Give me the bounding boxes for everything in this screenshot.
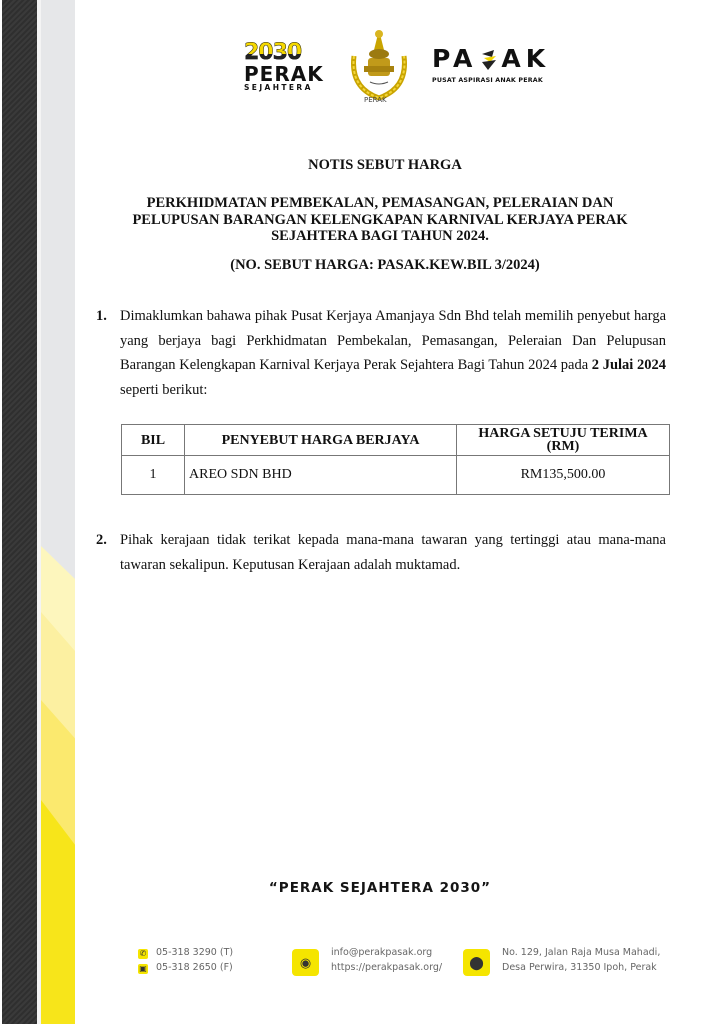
- paragraph-1: 1. Dimaklumkan bahawa pihak Pusat Kerjay…: [96, 304, 666, 402]
- header-logos: 2030 PERAK SEJAHTERA PERAK PAAK PUSAT AS…: [240, 26, 560, 106]
- paragraph-number: 1.: [96, 304, 107, 329]
- results-table: BIL PENYEBUT HARGA BERJAYA HARGA SETUJU …: [121, 424, 670, 495]
- crest-label: PERAK: [364, 96, 387, 104]
- subject-line: PERKHIDMATAN PEMBEKALAN, PEMASANGAN, PEL…: [100, 195, 660, 212]
- paragraph-text-after: seperti berikut:: [120, 382, 207, 398]
- table-header-row: BIL PENYEBUT HARGA BERJAYA HARGA SETUJU …: [122, 425, 670, 456]
- side-stripe-dark: [2, 0, 37, 1024]
- pasak-mark-icon: [480, 48, 498, 70]
- cell-price: RM135,500.00: [457, 456, 670, 495]
- globe-icon: ◉: [292, 949, 319, 976]
- paragraph-text-main: Dimaklumkan bahawa pihak Pusat Kerjaya A…: [120, 308, 666, 373]
- document-title: NOTIS SEBUT HARGA: [80, 157, 690, 174]
- address-line-1: No. 129, Jalan Raja Musa Mahadi,: [502, 945, 660, 960]
- header-winner: PENYEBUT HARGA BERJAYA: [185, 425, 457, 456]
- pasak-logo: PAAK PUSAT ASPIRASI ANAK PERAK: [432, 44, 550, 84]
- cell-bil: 1: [122, 456, 185, 495]
- paragraph-text: Dimaklumkan bahawa pihak Pusat Kerjaya A…: [120, 304, 666, 402]
- cell-winner: AREO SDN BHD: [185, 456, 457, 495]
- fax-number: 05-318 2650 (F): [156, 962, 233, 973]
- email-link[interactable]: info@perakpasak.org: [331, 945, 442, 960]
- table-row: 1 AREO SDN BHD RM135,500.00: [122, 456, 670, 495]
- side-stripe-light: [41, 0, 75, 1024]
- phone-number: 05-318 3290 (T): [156, 947, 233, 958]
- slogan: “PERAK SEJAHTERA 2030”: [240, 880, 520, 896]
- perak-sejahtera-2030-logo: 2030 PERAK SEJAHTERA: [244, 42, 334, 92]
- paragraph-number: 2.: [96, 528, 107, 553]
- header-bil: BIL: [122, 425, 185, 456]
- logo-year: 2030: [244, 42, 334, 64]
- footer-contact-web: info@perakpasak.org https://perakpasak.o…: [331, 945, 442, 975]
- paragraph-text: Pihak kerajaan tidak terikat kepada mana…: [120, 528, 666, 577]
- logo-line1: PERAK: [244, 64, 334, 84]
- pasak-word-b: AK: [501, 44, 550, 73]
- fax-icon: ▣: [138, 964, 148, 974]
- pasak-word-a: PA: [432, 44, 477, 73]
- website-link[interactable]: https://perakpasak.org/: [331, 960, 442, 975]
- address-line-2: Desa Perwira, 31350 Ipoh, Perak: [502, 960, 660, 975]
- location-pin-icon: ⬤: [463, 949, 490, 976]
- footer-address: No. 129, Jalan Raja Musa Mahadi, Desa Pe…: [502, 945, 660, 975]
- paragraph-2: 2. Pihak kerajaan tidak terikat kepada m…: [96, 528, 666, 577]
- footer-contact-phone: ✆05-318 3290 (T) ▣05-318 2650 (F): [138, 945, 233, 975]
- quotation-reference: (NO. SEBUT HARGA: PASAK.KEW.BIL 3/2024): [80, 257, 690, 274]
- subject-line: SEJAHTERA BAGI TAHUN 2024.: [100, 228, 660, 245]
- award-date: 2 Julai 2024: [592, 357, 666, 373]
- phone-icon: ✆: [138, 949, 148, 959]
- perak-crest-icon: [344, 26, 414, 106]
- header-price: HARGA SETUJU TERIMA (RM): [457, 425, 670, 456]
- document-subject: PERKHIDMATAN PEMBEKALAN, PEMASANGAN, PEL…: [100, 195, 660, 245]
- subject-line: PELUPUSAN BARANGAN KELENGKAPAN KARNIVAL …: [100, 212, 660, 229]
- pasak-tagline: PUSAT ASPIRASI ANAK PERAK: [432, 77, 550, 84]
